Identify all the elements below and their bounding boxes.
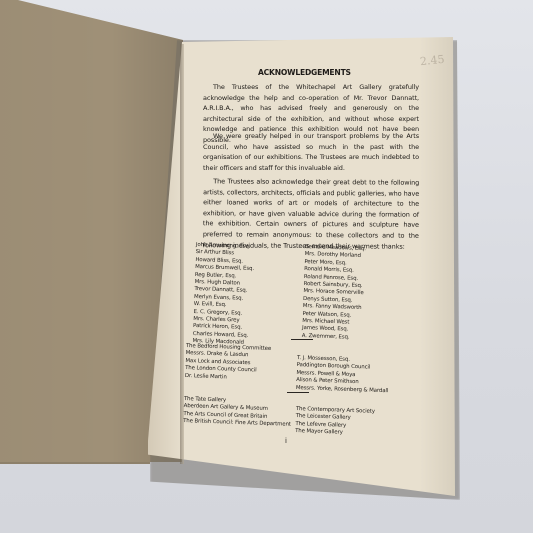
galleries-list-right: The Contemporary Art SocietyThe Leiceste… <box>295 406 375 438</box>
pencil-note: 2.45 <box>419 53 445 68</box>
paragraph-2: We were greatly helped in our transport … <box>203 131 419 173</box>
organisations-list-left: The Bedford Housing CommitteeMessrs. Dra… <box>185 343 272 383</box>
page-heading: ACKNOWLEDGEMENTS <box>258 68 351 77</box>
individuals-list-right: Bernard Meadows, Esq.Mrs. Dorothy Morlan… <box>302 244 366 342</box>
section-divider <box>287 392 309 393</box>
organisations-list-right: T. J. Mossesson, Esq.Paddington Borough … <box>296 355 390 395</box>
page-number: i <box>285 437 287 445</box>
section-divider <box>291 339 313 340</box>
individuals-list-left: John Armstrong, Esq.Sir Arthur BlissHowa… <box>192 242 255 348</box>
galleries-list-left: The Tate GalleryAberdeen Art Gallery & M… <box>183 396 292 429</box>
paragraph-3: The Trustees also acknowledge their grea… <box>203 176 420 252</box>
